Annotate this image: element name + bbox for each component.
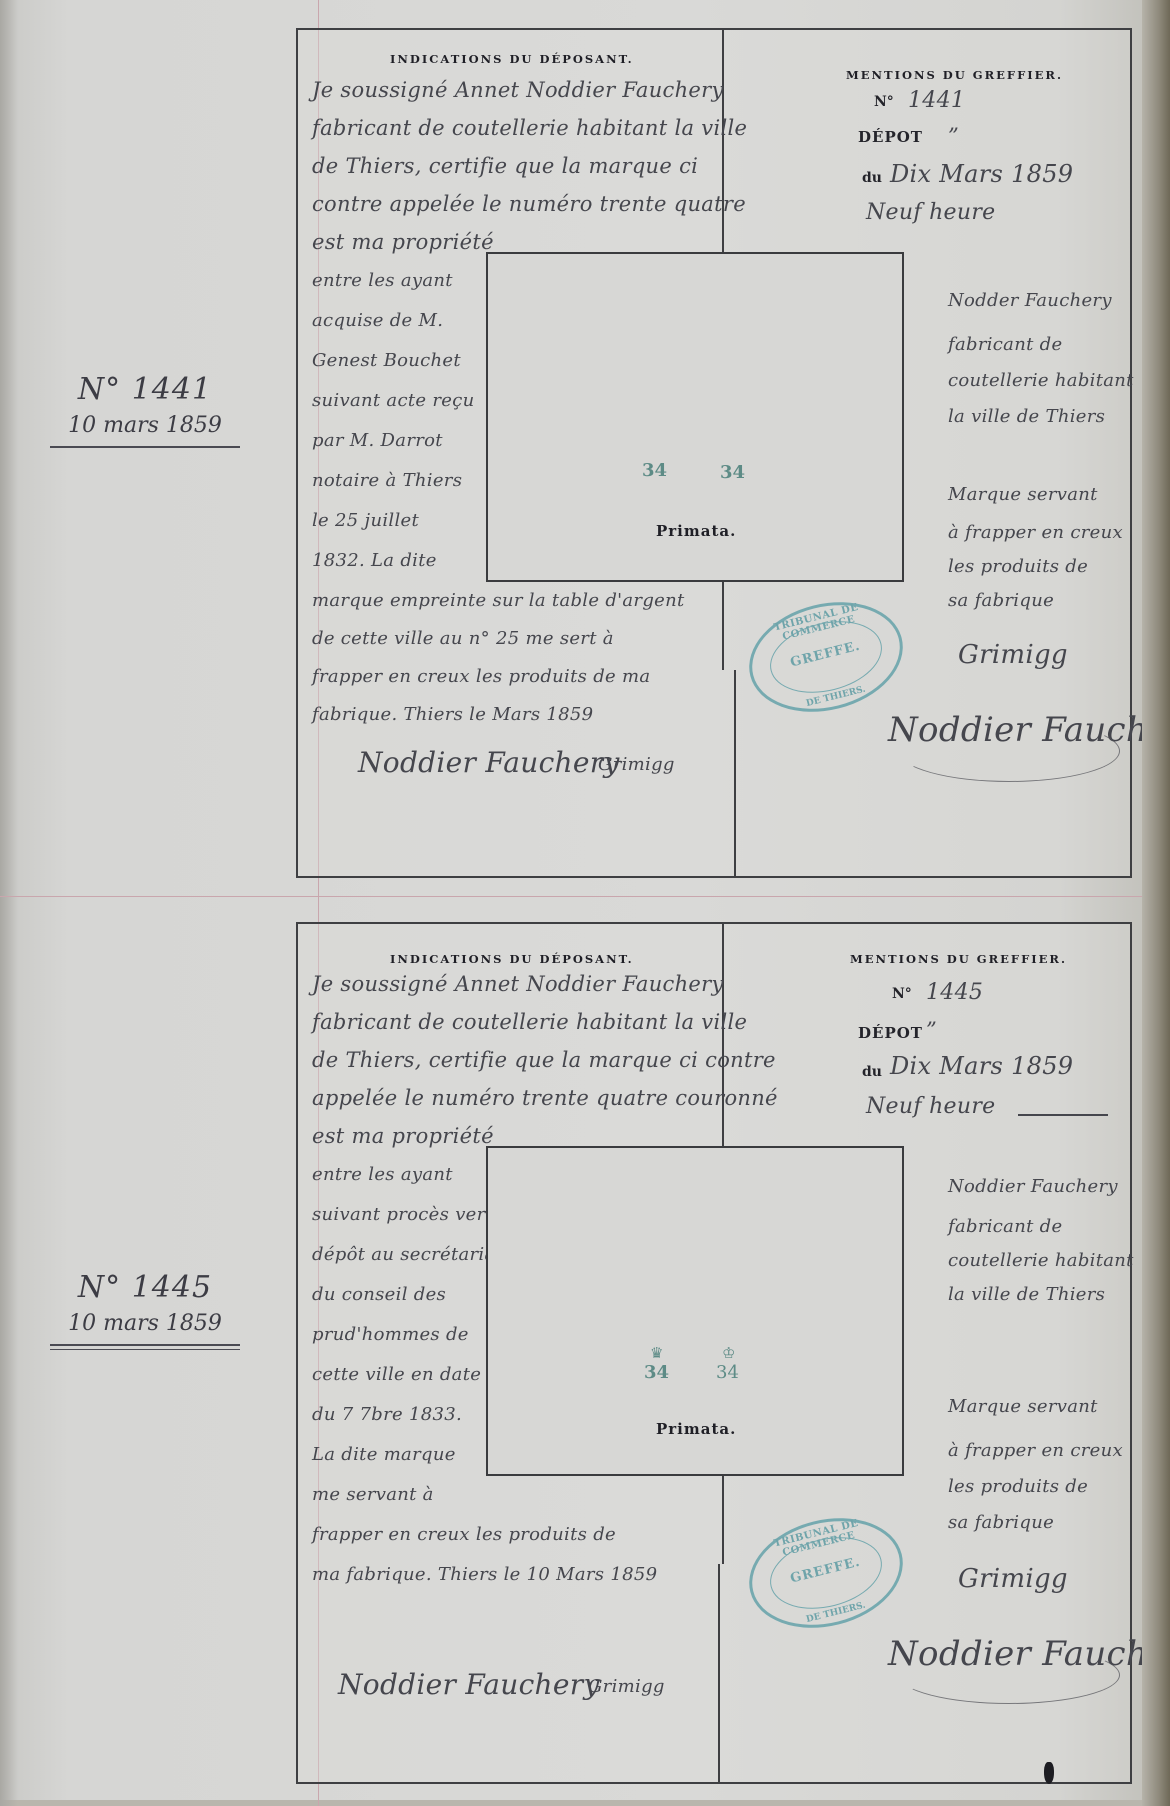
- depositor-text-line: cette ville en date: [312, 1364, 481, 1385]
- mark-caption: Primata.: [656, 522, 736, 540]
- depositor-text-line: suivant acte reçu: [312, 390, 475, 411]
- depositor-text-line: notaire à Thiers: [312, 470, 462, 491]
- clerk-column-header: MENTIONS DU GREFFIER.: [850, 952, 1067, 966]
- margin-entry-date: 10 mars 1859: [40, 1311, 250, 1336]
- signature-flourish: [898, 1646, 1120, 1704]
- depositor-text-line: fabricant de coutellerie habitant la vil…: [312, 116, 747, 140]
- depositor-text-line: marque empreinte sur la table d'argent: [312, 590, 685, 611]
- depositor-text-line: Je soussigné Annet Noddier Fauchery: [312, 78, 724, 102]
- court-stamp: TRIBUNAL DE COMMERCE GREFFE. DE THIERS.: [737, 1503, 914, 1644]
- depositor-text-line: contre appelée le numéro trente quatre: [312, 192, 746, 216]
- clerk-note-line: la ville de Thiers: [948, 406, 1105, 427]
- depositor-text-line: me servant à: [312, 1484, 434, 1505]
- depositor-text-line: frapper en creux les produits de: [312, 1524, 616, 1545]
- depositor-text-line: frapper en creux les produits de ma: [312, 666, 650, 687]
- depositor-text-line: prud'hommes de: [312, 1324, 469, 1345]
- deposit-date: Dix Mars 1859: [890, 160, 1073, 188]
- clerk-entry-number: 1441: [908, 88, 965, 113]
- date-prefix-label: du: [862, 1064, 882, 1080]
- depositor-text-line: est ma propriété: [312, 230, 494, 254]
- clerk-initials: Grimigg: [588, 1676, 665, 1697]
- clerk-note-line: Marque servant: [948, 1396, 1098, 1417]
- depositor-text-line: par M. Darrot: [312, 430, 443, 451]
- depositor-column-header: INDICATIONS DU DÉPOSANT.: [390, 952, 634, 966]
- depositor-text-line: est ma propriété: [312, 1124, 494, 1148]
- depositor-text-line: acquise de M.: [312, 310, 443, 331]
- date-prefix-label: du: [862, 170, 882, 186]
- clerk-column-header: MENTIONS DU GREFFIER.: [846, 68, 1063, 82]
- deposit-ditto: ”: [926, 1018, 937, 1042]
- margin-entry-date: 10 mars 1859: [40, 413, 250, 438]
- signature-flourish: [898, 720, 1120, 782]
- time-line-filler: [1018, 1114, 1108, 1116]
- clerk-note-line: la ville de Thiers: [948, 1284, 1105, 1305]
- deposit-ditto: ”: [948, 124, 959, 148]
- depositor-text-line: 1832. La dite: [312, 550, 437, 571]
- mark-number: 34: [642, 460, 667, 481]
- depositor-text-line: Genest Bouchet: [312, 350, 461, 371]
- mark-number: 34: [716, 1362, 739, 1383]
- spine-shadow: [0, 0, 18, 1806]
- depositor-text-line: Je soussigné Annet Noddier Fauchery: [312, 972, 724, 996]
- margin-underline: [50, 446, 240, 448]
- number-label: N°: [874, 94, 894, 110]
- entry-frame: INDICATIONS DU DÉPOSANT. MENTIONS DU GRE…: [296, 922, 1132, 1784]
- book-page-edge: [1142, 0, 1170, 1806]
- margin-underline-double: [50, 1349, 240, 1350]
- deposit-label: DÉPOT: [858, 128, 923, 146]
- clerk-note-line: les produits de: [948, 556, 1088, 577]
- depositor-text-line: La dite marque: [312, 1444, 456, 1465]
- depositor-text-line: fabricant de coutellerie habitant la vil…: [312, 1010, 747, 1034]
- clerk-note-line: les produits de: [948, 1476, 1088, 1497]
- clerk-signature: Grimigg: [958, 1564, 1068, 1594]
- mark-number: 34: [644, 1362, 669, 1383]
- depositor-text-line: entre les ayant: [312, 1164, 453, 1185]
- depositor-text-line: du 7 7bre 1833.: [312, 1404, 462, 1425]
- number-label: N°: [892, 986, 912, 1002]
- margin-underline: [50, 1344, 240, 1346]
- entry-separator-rule: [0, 896, 1150, 897]
- clerk-note-line: sa fabrique: [948, 590, 1054, 611]
- mark-caption: Primata.: [656, 1420, 736, 1438]
- crown-icon: ♔: [722, 1344, 735, 1363]
- deposit-label: DÉPOT: [858, 1024, 923, 1042]
- clerk-note-line: Nodder Fauchery: [948, 290, 1112, 311]
- clerk-entry-number: 1445: [926, 980, 983, 1005]
- clerk-note-line: coutellerie habitant: [948, 1250, 1134, 1271]
- depositor-text-line: entre les ayant: [312, 270, 453, 291]
- clerk-note-line: fabricant de: [948, 1216, 1062, 1237]
- register-page: N° 1441 10 mars 1859 INDICATIONS DU DÉPO…: [0, 0, 1150, 1800]
- depositor-signature: Noddier Fauchery: [358, 746, 620, 779]
- clerk-note-line: Noddier Fauchery: [948, 1176, 1118, 1197]
- clerk-signature: Grimigg: [958, 640, 1068, 670]
- depositor-text-line: de cette ville au n° 25 me sert à: [312, 628, 614, 649]
- clerk-note-line: sa fabrique: [948, 1512, 1054, 1533]
- depositor-text-line: de Thiers, certifie que la marque ci con…: [312, 1048, 776, 1072]
- depositor-text-line: dépôt au secrétariat: [312, 1244, 503, 1265]
- margin-entry-1: N° 1441 10 mars 1859: [40, 372, 250, 448]
- clerk-note-line: fabricant de: [948, 334, 1062, 355]
- ink-blot: [1044, 1762, 1054, 1784]
- deposit-time: Neuf heure: [866, 1094, 995, 1119]
- clerk-note-line: à frapper en creux: [948, 1440, 1123, 1461]
- column-divider-lower: [718, 1564, 720, 1782]
- depositor-text-line: appelée le numéro trente quatre couronné: [312, 1086, 778, 1110]
- trademark-imprint-box: ♛ 34 ♔ 34 Primata.: [486, 1146, 904, 1476]
- clerk-note-line: à frapper en creux: [948, 522, 1123, 543]
- clerk-note-line: Marque servant: [948, 484, 1098, 505]
- depositor-text-line: le 25 juillet: [312, 510, 419, 531]
- depositor-text-line: ma fabrique. Thiers le 10 Mars 1859: [312, 1564, 657, 1585]
- deposit-time: Neuf heure: [866, 200, 995, 225]
- court-stamp: TRIBUNAL DE COMMERCE GREFFE. DE THIERS.: [737, 587, 914, 728]
- column-divider-lower: [734, 670, 736, 876]
- depositor-signature: Noddier Fauchery: [338, 1668, 600, 1701]
- depositor-text-line: du conseil des: [312, 1284, 446, 1305]
- crown-icon: ♛: [650, 1344, 663, 1363]
- mark-number: 34: [720, 462, 745, 483]
- clerk-initials: Grimigg: [598, 754, 675, 775]
- trademark-imprint-box: 34 34 Primata.: [486, 252, 904, 582]
- margin-entry-number: N° 1441: [40, 372, 250, 407]
- depositor-text-line: fabrique. Thiers le Mars 1859: [312, 704, 593, 725]
- deposit-date: Dix Mars 1859: [890, 1052, 1073, 1080]
- clerk-note-line: coutellerie habitant: [948, 370, 1134, 391]
- margin-entry-2: N° 1445 10 mars 1859: [40, 1270, 250, 1350]
- margin-entry-number: N° 1445: [40, 1270, 250, 1305]
- entry-frame: INDICATIONS DU DÉPOSANT. MENTIONS DU GRE…: [296, 28, 1132, 878]
- depositor-text-line: de Thiers, certifie que la marque ci: [312, 154, 698, 178]
- depositor-column-header: INDICATIONS DU DÉPOSANT.: [390, 52, 634, 66]
